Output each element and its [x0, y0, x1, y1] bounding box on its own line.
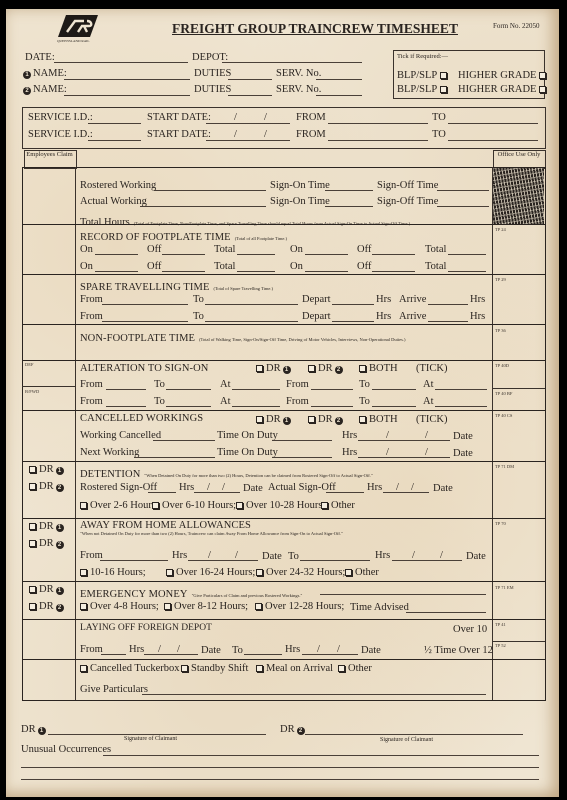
emergency-particulars-field[interactable] — [320, 594, 486, 595]
arrive-field[interactable] — [428, 321, 468, 322]
off-label: Off — [357, 244, 371, 256]
total-field[interactable] — [448, 271, 486, 272]
from-2-label: FROM — [296, 129, 326, 141]
option-label: 10-16 Hours; — [90, 567, 146, 578]
unusual-occurrences-line-2[interactable] — [21, 767, 539, 768]
hrs-label: Hrs — [376, 311, 391, 323]
to-field[interactable] — [300, 560, 370, 561]
higher-grade-1-checkbox[interactable] — [539, 72, 546, 79]
unusual-occurrences-line-1[interactable] — [103, 755, 539, 756]
cancelled-title: CANCELLED WORKINGS — [80, 413, 203, 424]
off-field[interactable] — [162, 254, 205, 255]
hrs-label: Hrs — [342, 447, 357, 459]
away-option-other[interactable]: Other — [345, 567, 379, 579]
checkbox[interactable] — [345, 569, 352, 576]
cancelled-both-option[interactable]: BOTH — [359, 414, 398, 426]
start-date-1-field[interactable] — [206, 123, 290, 124]
away-dr2-option[interactable]: DR2 — [29, 538, 66, 550]
row-divider — [22, 518, 545, 519]
to-label: To — [359, 379, 370, 391]
option-label: Other — [348, 663, 372, 674]
date-field[interactable] — [358, 440, 450, 441]
to-field[interactable] — [205, 304, 298, 305]
hrs-label: Hrs — [470, 311, 485, 323]
option-label: Over 16-24 Hours; — [176, 567, 255, 578]
away-dr2-checkbox[interactable] — [29, 540, 36, 547]
checkbox[interactable] — [80, 569, 87, 576]
checkbox[interactable] — [80, 665, 87, 672]
time-on-duty-label: Time On Duty — [217, 447, 278, 459]
checkbox[interactable] — [164, 603, 171, 610]
from-field[interactable] — [101, 654, 126, 655]
detention-heading: DETENTION "When Detained On Duty for mor… — [80, 464, 373, 482]
detention-dr2-checkbox[interactable] — [29, 483, 36, 490]
rostered-sign-off-label: Rostered Sign-Off — [80, 482, 157, 494]
misc-other-option[interactable]: Other — [338, 663, 372, 675]
signature-dr2-caption: Signature of Claimant — [380, 737, 433, 743]
hrs-label: Hrs — [367, 482, 382, 494]
from-1-field[interactable] — [328, 123, 428, 124]
depart-label: Depart — [302, 311, 331, 323]
option-label: Over 4-8 Hours; — [90, 601, 159, 612]
detention-option-6-10[interactable]: Over 6-10 Hours; — [152, 500, 236, 512]
half-time-over-12-label: ½ Time Over 12 — [424, 645, 493, 657]
non-footplate-title: NON-FOOTPLATE TIME — [80, 333, 195, 344]
unusual-occurrences-label: Unusual Occurrences — [21, 744, 111, 756]
cancelled-tuckerbox-option[interactable]: Cancelled Tuckerbox — [80, 663, 180, 675]
date-field[interactable] — [188, 560, 258, 561]
service-id-1-label: SERVICE I.D.: — [28, 112, 93, 124]
driver-1-marker: 1 — [56, 467, 64, 475]
away-dr1-checkbox[interactable] — [29, 523, 36, 530]
service-box — [22, 107, 546, 149]
date-sep: / — [412, 550, 415, 562]
actual-sign-off-field[interactable] — [437, 206, 489, 207]
total-field[interactable] — [237, 271, 275, 272]
row-divider — [22, 619, 545, 620]
tp-71dm-label: TP 71 DM — [495, 464, 514, 469]
signature-dr1-field[interactable] — [48, 734, 266, 735]
detention-dr2-option[interactable]: DR2 — [29, 481, 66, 493]
tp-24-label: TP 24 — [495, 227, 506, 232]
tick-label: (TICK) — [416, 414, 448, 426]
to-field[interactable] — [166, 389, 211, 390]
date-sep: / — [264, 129, 267, 141]
depart-field[interactable] — [332, 321, 374, 322]
on-field[interactable] — [95, 271, 138, 272]
to-field[interactable] — [372, 389, 416, 390]
to-label: To — [193, 294, 204, 306]
footplate-note: (Total of all Footplate Time.) — [235, 236, 287, 241]
duties-1-field[interactable] — [228, 79, 272, 80]
time-advised-field[interactable] — [406, 612, 486, 613]
driver-2-marker: 2 — [56, 484, 64, 492]
to-label: To — [359, 396, 370, 408]
to-2-label: TO — [432, 129, 446, 141]
detention-option-other[interactable]: Other — [321, 500, 355, 512]
both-label: BOTH — [369, 414, 398, 425]
higher-grade-2-label: HIGHER GRADE — [458, 84, 536, 95]
actual-sign-on-field[interactable] — [325, 206, 373, 207]
date-label: Date — [433, 483, 453, 495]
emergency-option-4-8[interactable]: Over 4-8 Hours; — [80, 601, 159, 613]
to-label: To — [193, 311, 204, 323]
emergency-dr2-option[interactable]: DR2 — [29, 601, 66, 613]
date-field[interactable] — [144, 654, 198, 655]
date-sep: / — [177, 644, 180, 656]
total-field[interactable] — [237, 254, 275, 255]
time-advised-label: Time Advised — [350, 602, 409, 614]
cancelled-dr1-option[interactable]: DR1 — [256, 414, 293, 426]
at-field[interactable] — [232, 389, 280, 390]
rostered-sign-off-field[interactable] — [437, 190, 489, 191]
emergency-note: "Give Particulars of Claim and previous … — [192, 593, 303, 598]
from-field[interactable] — [102, 304, 188, 305]
start-date-2-label: START DATE: — [147, 129, 211, 141]
to-2-field[interactable] — [448, 140, 538, 141]
date-field[interactable] — [383, 492, 429, 493]
total-label: Total — [214, 244, 235, 256]
tp-71em-label: TP 71 EM — [495, 585, 514, 590]
date-label: Date — [243, 483, 263, 495]
form-number: Form No. 22050 — [493, 22, 539, 30]
rostered-sign-off-field[interactable] — [148, 492, 176, 493]
actual-working-field[interactable] — [140, 206, 266, 207]
from-label: From — [286, 379, 309, 391]
checkbox[interactable] — [181, 665, 188, 672]
from-field[interactable] — [100, 560, 168, 561]
away-option-24-32[interactable]: Over 24-32 Hours; — [256, 567, 345, 579]
higher-grade-2-checkbox[interactable] — [539, 86, 546, 93]
to-label: To — [288, 551, 299, 563]
date-sep: / — [337, 644, 340, 656]
checkbox[interactable] — [256, 569, 263, 576]
non-footplate-heading: NON-FOOTPLATE TIME (Total of Walking Tim… — [80, 328, 406, 346]
detention-option-10-28[interactable]: Over 10-28 Hours; — [236, 500, 325, 512]
dr-label: DR — [39, 538, 54, 549]
alteration-both-option[interactable]: BOTH — [359, 363, 398, 375]
alteration-both-checkbox[interactable] — [359, 365, 366, 372]
dr-label: DR — [266, 414, 281, 425]
hrs-label: Hrs — [470, 294, 485, 306]
arrive-label: Arrive — [399, 311, 426, 323]
hrs-label: Hrs — [172, 550, 187, 562]
dr-label: DR — [266, 363, 281, 374]
checkbox[interactable] — [321, 502, 328, 509]
checkbox[interactable] — [80, 603, 87, 610]
service-id-1-field[interactable] — [88, 123, 141, 124]
total-field[interactable] — [448, 254, 486, 255]
depart-label: Depart — [302, 294, 331, 306]
alteration-dr1-option[interactable]: DR1 — [256, 363, 293, 375]
at-field[interactable] — [435, 389, 487, 390]
option-label: Standby Shift — [191, 663, 248, 674]
cancelled-dr2-checkbox[interactable] — [308, 416, 315, 423]
driver-2-marker: 2 — [56, 604, 64, 612]
office-hatched-area — [493, 168, 544, 225]
tp-52-label: TP 52 — [495, 643, 506, 648]
tick-label: (TICK) — [416, 363, 448, 375]
on-label: On — [290, 244, 303, 256]
driver-1-marker: 1 — [283, 366, 291, 374]
checkbox[interactable] — [80, 502, 87, 509]
non-footplate-note: (Total of Walking Time, Sign-On/Sign-Off… — [199, 337, 405, 342]
dr-label: DR — [318, 414, 333, 425]
option-label: Over 24-32 Hours; — [266, 567, 345, 578]
on-label: On — [290, 261, 303, 273]
from-field[interactable] — [102, 321, 188, 322]
hrs-label: Hrs — [285, 644, 300, 656]
from-1-label: FROM — [296, 112, 326, 124]
checkbox[interactable] — [152, 502, 159, 509]
office-subdivider — [492, 641, 545, 642]
depot-field[interactable] — [222, 62, 362, 63]
next-working-field[interactable] — [134, 457, 215, 458]
off-field[interactable] — [372, 271, 415, 272]
office-subdivider — [492, 388, 545, 389]
time-on-duty-field[interactable] — [272, 457, 332, 458]
unusual-occurrences-line-3[interactable] — [21, 779, 539, 780]
at-field[interactable] — [232, 406, 280, 407]
away-option-10-16[interactable]: 10-16 Hours; — [80, 567, 146, 579]
meal-on-arrival-option[interactable]: Meal on Arrival — [256, 663, 333, 675]
total-label: Total — [425, 261, 446, 273]
date-field[interactable] — [392, 560, 462, 561]
to-field[interactable] — [205, 321, 298, 322]
blp-2[interactable]: BLP/SLP — [397, 84, 450, 96]
alteration-dr2-checkbox[interactable] — [308, 365, 315, 372]
actual-sign-off-field[interactable] — [326, 492, 364, 493]
date-sep: / — [158, 644, 161, 656]
dr-label: DR — [39, 481, 54, 492]
dr-label: DR — [39, 584, 54, 595]
serv-2-field[interactable] — [316, 95, 362, 96]
off-label: Off — [147, 261, 161, 273]
date-field[interactable] — [54, 62, 188, 63]
away-dr1-option[interactable]: DR1 — [29, 521, 66, 533]
name-2-row: 2NAME: — [21, 84, 67, 96]
row-divider — [22, 274, 545, 275]
date-label: Date — [262, 551, 282, 563]
date-field[interactable] — [194, 492, 240, 493]
alteration-dr1-checkbox[interactable] — [256, 365, 263, 372]
emergency-title: EMERGENCY MONEY — [80, 589, 188, 600]
arrive-field[interactable] — [428, 304, 468, 305]
date-sep: / — [440, 550, 443, 562]
footplate-heading: RECORD OF FOOTPLATE TIME (Total of all F… — [80, 227, 287, 245]
detention-dr1-option[interactable]: DR1 — [29, 464, 66, 476]
dr-label: DR — [318, 363, 333, 374]
detention-option-2-6[interactable]: Over 2-6 Hours; — [80, 500, 159, 512]
from-field[interactable] — [311, 406, 353, 407]
driver-2-marker: 2 — [56, 541, 64, 549]
date-field[interactable] — [358, 457, 450, 458]
checkbox[interactable] — [338, 665, 345, 672]
signature-dr1: DR1 — [21, 724, 48, 736]
row-divider — [22, 461, 545, 462]
dr-label: DR — [280, 724, 295, 735]
date-sep: / — [234, 129, 237, 141]
alteration-dr2-option[interactable]: DR2 — [308, 363, 345, 375]
detention-dr1-checkbox[interactable] — [29, 466, 36, 473]
name-1-field[interactable] — [64, 79, 190, 80]
off-field[interactable] — [162, 271, 205, 272]
option-label: Over 2-6 Hours; — [90, 500, 159, 511]
over-10-label: Over 10 — [453, 624, 487, 636]
blp-1-checkbox[interactable] — [440, 72, 447, 79]
tp-29-label: TP 29 — [495, 277, 506, 282]
duties-2-field[interactable] — [228, 95, 272, 96]
from-field[interactable] — [311, 389, 353, 390]
row-divider — [22, 659, 545, 660]
start-date-2-field[interactable] — [206, 140, 290, 141]
cancelled-dr1-checkbox[interactable] — [256, 416, 263, 423]
qr-logo — [58, 15, 98, 37]
date-field[interactable] — [302, 654, 358, 655]
checkbox[interactable] — [255, 603, 262, 610]
rostered-working-label: Rostered Working — [80, 180, 156, 192]
to-label: To — [154, 379, 165, 391]
time-on-duty-field[interactable] — [272, 440, 332, 441]
office-column-divider — [492, 167, 493, 700]
away-note: "When not Detained On Duty for more than… — [80, 531, 343, 537]
blp-2-label: BLP/SLP — [397, 84, 437, 95]
cancelled-both-checkbox[interactable] — [359, 416, 366, 423]
serv-2-label: SERV. No. — [276, 84, 321, 96]
on-field[interactable] — [305, 271, 348, 272]
higher-grade-2[interactable]: HIGHER GRADE — [458, 84, 549, 96]
office-use-label: Office Use Only — [497, 151, 541, 158]
total-label: Total — [214, 261, 235, 273]
def-divider — [22, 386, 75, 387]
from-label: From — [80, 379, 103, 391]
spare-title: SPARE TRAVELLING TIME — [80, 282, 209, 293]
option-label: Over 6-10 Hours; — [162, 500, 236, 511]
date-sep: / — [317, 644, 320, 656]
driver-2-marker: 2 — [297, 727, 305, 735]
working-cancelled-field[interactable] — [153, 440, 215, 441]
emergency-dr1-checkbox[interactable] — [29, 586, 36, 593]
to-field[interactable] — [244, 654, 282, 655]
actual-sign-off-label: Sign-Off Time — [377, 196, 438, 208]
cancelled-dr2-option[interactable]: DR2 — [308, 414, 345, 426]
row-divider — [22, 324, 545, 325]
to-1-field[interactable] — [448, 123, 538, 124]
at-field[interactable] — [435, 406, 487, 407]
date-sep: / — [207, 482, 210, 494]
emergency-dr2-checkbox[interactable] — [29, 603, 36, 610]
date-label: Date — [453, 431, 473, 443]
both-label: BOTH — [369, 363, 398, 374]
on-field[interactable] — [305, 254, 348, 255]
tp-40bf-label: TP 40 BF — [495, 391, 512, 396]
at-label: At — [423, 396, 434, 408]
dr-label: DR — [39, 601, 54, 612]
away-option-16-24[interactable]: Over 16-24 Hours; — [166, 567, 255, 579]
row-divider — [22, 581, 545, 582]
checkbox[interactable] — [256, 665, 263, 672]
option-label: Other — [331, 500, 355, 511]
driver-1-marker: 1 — [56, 587, 64, 595]
name-2-field[interactable] — [64, 95, 190, 96]
dr-label: DR — [39, 464, 54, 475]
driver-2-marker: 2 — [335, 366, 343, 374]
higher-grade-1[interactable]: HIGHER GRADE — [458, 70, 549, 82]
to-field[interactable] — [372, 406, 416, 407]
off-field[interactable] — [372, 254, 415, 255]
tp-41-label: TP 41 — [495, 622, 506, 627]
tp-70-label: TP 70 — [495, 521, 506, 526]
date-sep: / — [386, 447, 389, 459]
to-field[interactable] — [166, 406, 211, 407]
detention-note: "When Detained On Duty for more than two… — [144, 473, 372, 478]
blp-1[interactable]: BLP/SLP — [397, 70, 450, 82]
service-id-2-field[interactable] — [88, 140, 141, 141]
spare-note: (Total of Spare Travelling Time.) — [213, 286, 273, 291]
rostered-working-field[interactable] — [154, 190, 266, 191]
dr-label: DR — [21, 724, 36, 735]
date-sep: / — [222, 482, 225, 494]
from-field[interactable] — [106, 406, 146, 407]
total-label: Total — [425, 244, 446, 256]
dr-label: DR — [39, 521, 54, 532]
rostered-sign-off-label: Sign-Off Time — [377, 180, 438, 192]
signature-dr1-caption: Signature of Claimant — [124, 736, 177, 742]
service-id-2-label: SERVICE I.D.: — [28, 129, 93, 141]
duties-2-label: DUTIES — [194, 84, 231, 96]
claim-column-divider — [75, 167, 76, 700]
employees-claim-label: Employees Claim — [24, 151, 75, 158]
date-sep: / — [425, 447, 428, 459]
from-label: From — [80, 396, 103, 408]
date-sep: / — [208, 550, 211, 562]
give-particulars-label: Give Particulars — [80, 684, 148, 696]
name-2-label: NAME: — [33, 84, 67, 95]
standby-shift-option[interactable]: Standby Shift — [181, 663, 248, 675]
emergency-option-8-12[interactable]: Over 8-12 Hours; — [164, 601, 248, 613]
date-sep: / — [411, 482, 414, 494]
rostered-sign-on-field[interactable] — [325, 190, 373, 191]
form-title: FREIGHT GROUP TRAINCREW TIMESHEET — [172, 21, 458, 37]
checkbox[interactable] — [166, 569, 173, 576]
serv-1-field[interactable] — [316, 79, 362, 80]
emergency-option-12-28[interactable]: Over 12-28 Hours; — [255, 601, 344, 613]
to-1-label: TO — [432, 112, 446, 124]
driver-1-marker: 1 — [283, 417, 291, 425]
blp-2-checkbox[interactable] — [440, 86, 447, 93]
date-sep: / — [386, 430, 389, 442]
working-cancelled-label: Working Cancelled — [80, 430, 161, 442]
next-working-label: Next Working — [80, 447, 139, 459]
date-label: DATE: — [25, 52, 55, 64]
checkbox[interactable] — [236, 502, 243, 509]
option-label: Other — [355, 567, 379, 578]
date-label: Date — [201, 645, 221, 657]
signature-dr2-field[interactable] — [305, 734, 523, 735]
emergency-dr1-option[interactable]: DR1 — [29, 584, 66, 596]
hrs-label: Hrs — [376, 294, 391, 306]
give-particulars-field[interactable] — [142, 694, 486, 695]
footplate-title: RECORD OF FOOTPLATE TIME — [80, 232, 231, 243]
start-date-1-label: START DATE: — [147, 112, 211, 124]
from-field[interactable] — [106, 389, 146, 390]
on-field[interactable] — [95, 254, 138, 255]
depart-field[interactable] — [332, 304, 374, 305]
arrive-label: Arrive — [399, 294, 426, 306]
from-2-field[interactable] — [328, 140, 428, 141]
off-label: Off — [357, 261, 371, 273]
date-sep: / — [264, 112, 267, 124]
